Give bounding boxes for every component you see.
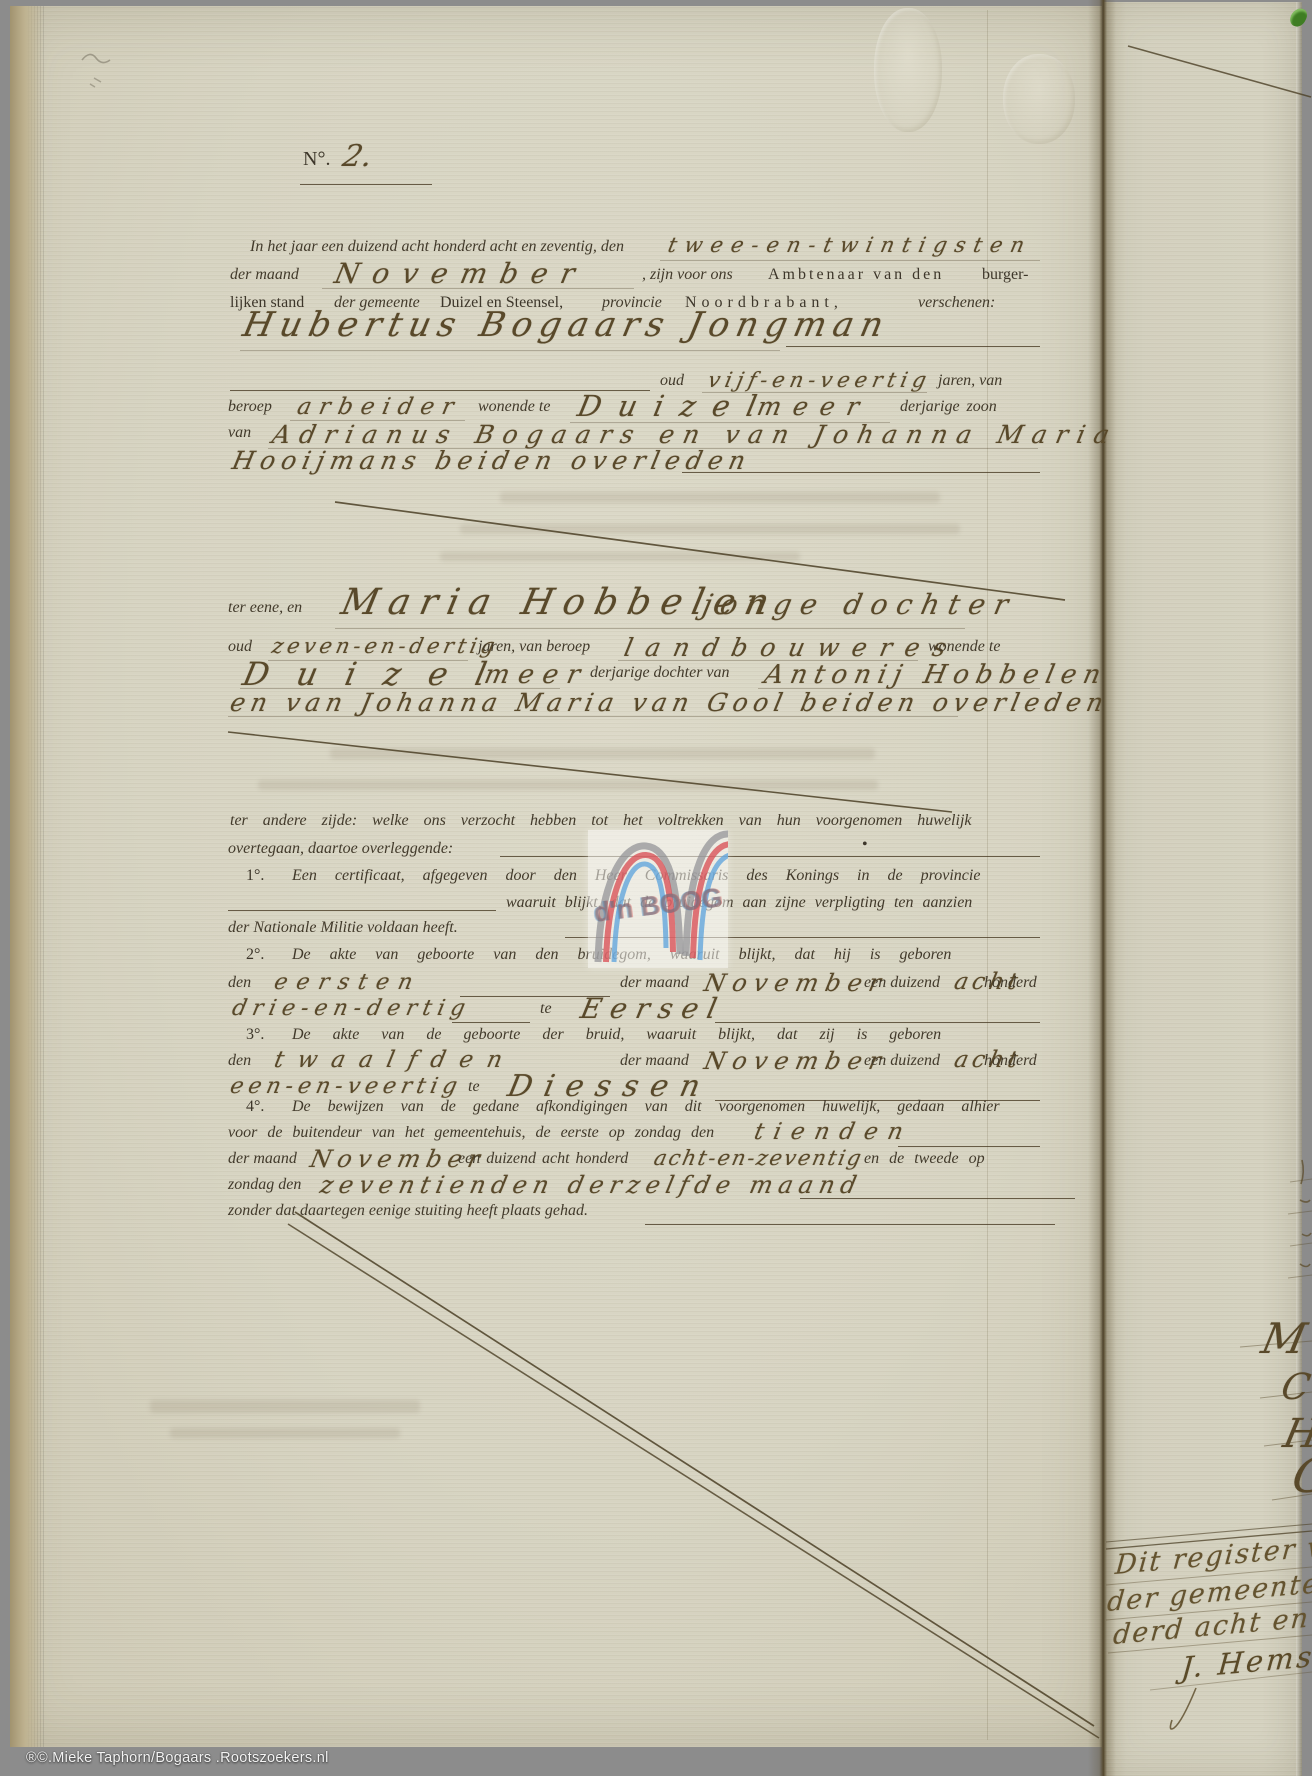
item-number: 1°. xyxy=(246,867,264,885)
item-number: 3°. xyxy=(246,1026,264,1044)
bleedthrough-text xyxy=(500,492,940,503)
printed-text: oud xyxy=(228,638,252,656)
record-number-label: N°. xyxy=(303,148,330,171)
banns-year: acht-en-zeventig xyxy=(652,1148,865,1169)
printed-text: den xyxy=(228,974,251,992)
printed-text: der maand xyxy=(620,974,689,992)
handwritten-text: meer xyxy=(755,394,874,419)
handwritten-text: meer xyxy=(482,662,591,688)
item-number: 4°. xyxy=(246,1098,264,1116)
printed-text: derjarige zoon xyxy=(900,398,997,416)
bride-residence: Duizel xyxy=(240,658,517,690)
printed-text: zondag den xyxy=(228,1176,301,1194)
bride-birth-year: een-en-veertig xyxy=(228,1076,464,1098)
printed-text: burger- xyxy=(982,266,1028,284)
right-page-edge xyxy=(1296,2,1302,1776)
printed-text: voor de buitendeur van het gemeentehuis,… xyxy=(228,1124,714,1142)
groom-birth-place: Eersel xyxy=(578,995,728,1023)
bride-father: Antonij Hobbelen xyxy=(762,662,1110,688)
printed-text: zonder dat daartegen eenige stuiting hee… xyxy=(228,1202,588,1220)
printed-text: te xyxy=(540,1000,552,1018)
printed-text: ter andere zijde: welke ons verzocht heb… xyxy=(230,812,971,830)
printed-text: den xyxy=(228,1052,251,1070)
watermark-box: d'n BOOG xyxy=(588,830,728,968)
printed-text: der maand xyxy=(620,1052,689,1070)
groom-age: vijf-en-veertig xyxy=(706,370,933,391)
groom-birth-year: drie-en-dertig xyxy=(230,998,473,1020)
printed-text: der Nationale Militie voldaan heeft. xyxy=(228,919,458,937)
printed-text: beroep xyxy=(228,398,272,416)
printed-text: ter eene, en xyxy=(228,599,302,617)
printed-text: honderd xyxy=(984,974,1037,992)
groom-birth-month: November xyxy=(702,971,890,995)
scanned-marriage-record: N°. 2. In het jaar een duizend acht hond… xyxy=(0,0,1312,1776)
bride-mother: en van Johanna Maria van Gool beiden ove… xyxy=(228,690,1111,715)
bleedthrough-text xyxy=(150,1400,420,1413)
first-banns-day: tienden xyxy=(752,1121,915,1144)
printed-text: jaren, van xyxy=(938,372,1002,390)
book-binding-edge xyxy=(10,6,44,1747)
printed-text: , zijn voor ons xyxy=(642,266,733,284)
ink-dot: • xyxy=(862,836,868,854)
printed-text: verschenen: xyxy=(918,294,995,312)
bleedthrough-text xyxy=(330,748,875,759)
printed-text: In het jaar een duizend acht honderd ach… xyxy=(250,238,624,256)
printed-text: overtegaan, daartoe overleggende: xyxy=(228,840,453,858)
handwritten-month: November xyxy=(332,260,590,288)
second-banns-day: zeventienden derzelfde maand xyxy=(318,1173,865,1197)
embossed-seal-left xyxy=(874,8,942,132)
printed-text: waaruit blijkt, dat de bruidegom aan zij… xyxy=(506,894,972,912)
item-number: 2°. xyxy=(246,946,264,964)
copyright-credit: ®©.Mieke Taphorn/Bogaars .Rootszoekers.n… xyxy=(26,1750,329,1766)
printed-text: derjarige dochter van xyxy=(590,664,730,682)
bride-age: zeven-en-dertig xyxy=(270,636,500,657)
groom-birth-day: eersten xyxy=(272,972,424,994)
bleedthrough-text xyxy=(460,524,960,534)
bride-occupation: landbouweres xyxy=(622,635,961,660)
printed-text: honderd xyxy=(984,1052,1037,1070)
printed-text: der maand xyxy=(228,1150,297,1168)
bride-status: jonge dochter xyxy=(700,591,1020,619)
printed-text: Ambtenaar van den xyxy=(768,266,944,284)
printed-text: een duizend acht honderd xyxy=(458,1150,628,1168)
printed-text: der maand xyxy=(230,266,299,284)
record-number-value: 2. xyxy=(340,142,375,172)
bride-birth-month: November xyxy=(702,1049,890,1073)
printed-text: van xyxy=(228,424,251,442)
printed-text: oud xyxy=(660,372,684,390)
printed-text: De bewijzen van de gedane afkondigingen … xyxy=(292,1098,1000,1116)
bride-birth-day: twaalfden xyxy=(272,1049,518,1072)
bleedthrough-text xyxy=(258,780,878,790)
right-page-paper xyxy=(1104,2,1302,1776)
printed-text: een duizend xyxy=(864,1052,940,1070)
groom-residence: Duizel xyxy=(575,392,776,421)
printed-text: een duizend xyxy=(864,974,940,992)
printed-text: en de tweede op xyxy=(864,1150,985,1168)
groom-name: Hubertus Bogaars Jongman xyxy=(240,308,893,342)
printed-text: wonende te xyxy=(928,638,1000,656)
bleedthrough-text xyxy=(440,552,800,561)
groom-parents: Adrianus Bogaars en van Johanna Maria xyxy=(270,422,1121,447)
embossed-seal-right xyxy=(1003,54,1075,144)
handwritten-date: twee-en-twintigsten xyxy=(666,235,1034,256)
bleedthrough-text xyxy=(170,1428,400,1438)
printed-text: jaren, van beroep xyxy=(478,638,590,656)
groom-mother: Hooijmans beiden overleden xyxy=(230,448,754,473)
printed-text: te xyxy=(468,1078,480,1096)
printed-text: De akte van de geboorte der bruid, waaru… xyxy=(292,1026,941,1044)
printed-text: wonende te xyxy=(478,398,550,416)
groom-occupation: arbeider xyxy=(295,396,464,419)
page-fold-gutter xyxy=(1088,0,1116,1776)
